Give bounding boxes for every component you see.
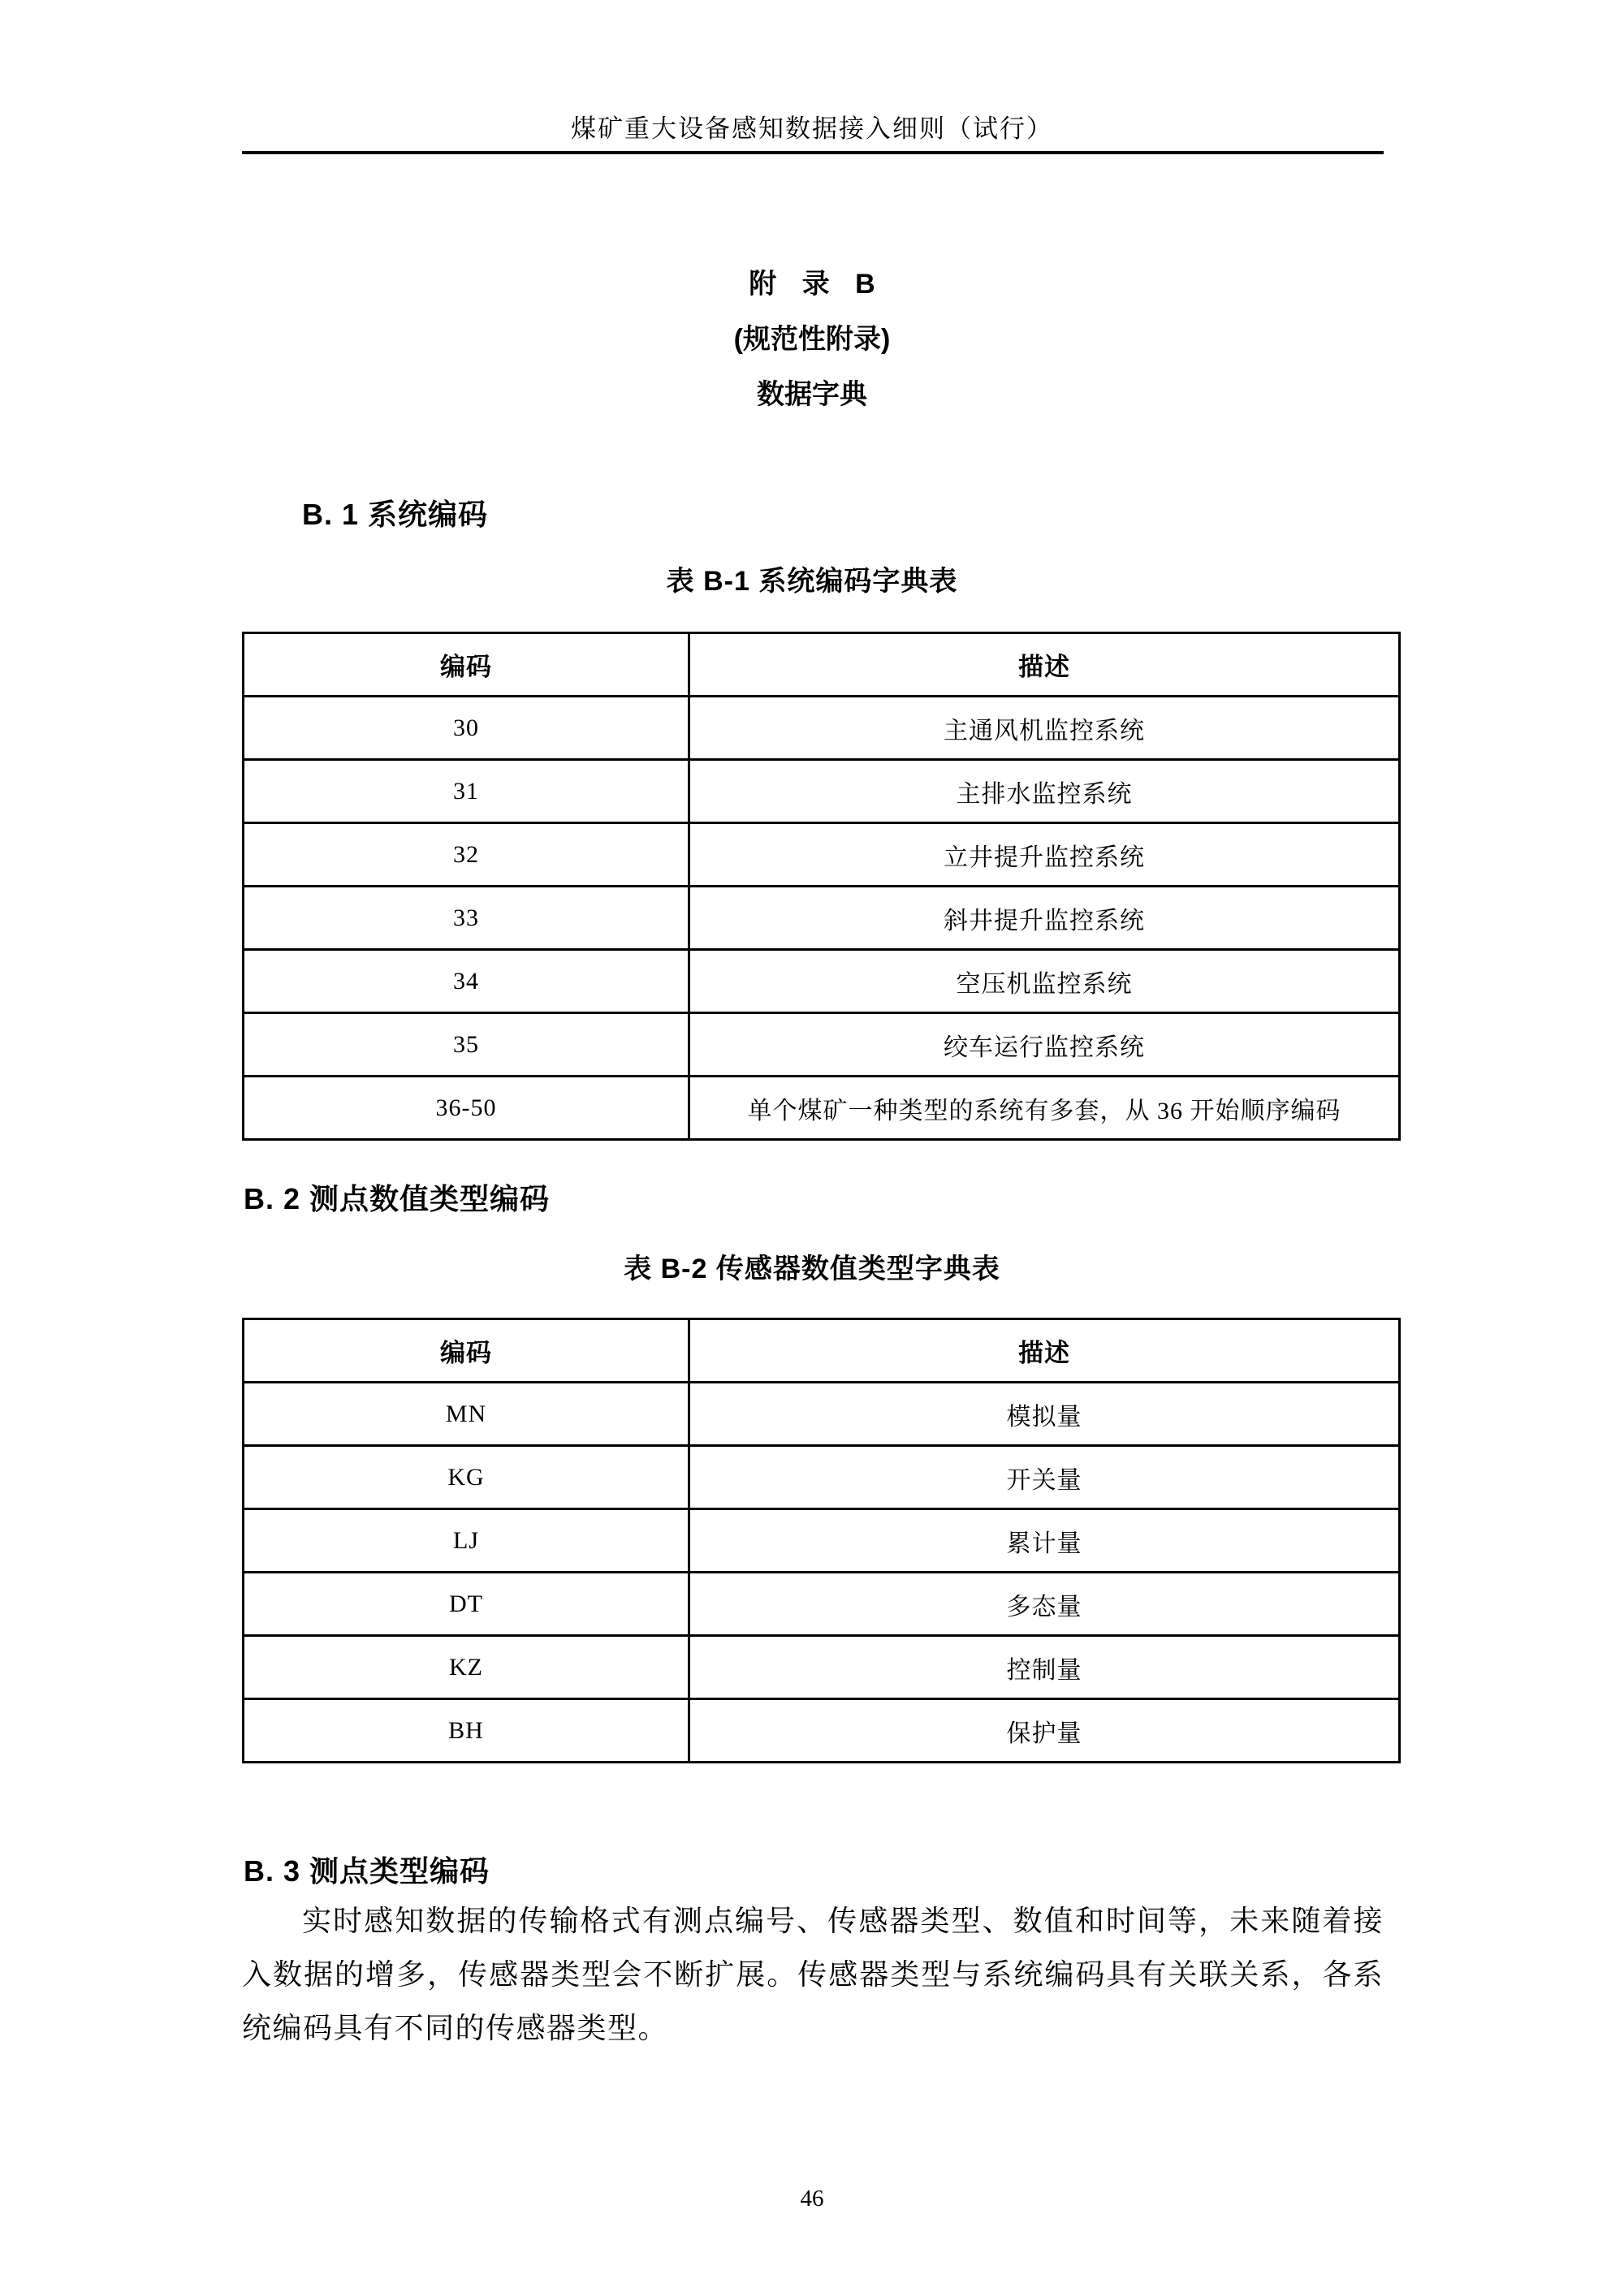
desc-cell: 斜井提升监控系统 — [689, 887, 1400, 950]
table-b1: 编码 描述 30 主通风机监控系统 31 主排水监控系统 32 立井提升监控系统… — [242, 632, 1401, 1141]
code-cell: 32 — [244, 823, 689, 887]
code-cell: MN — [244, 1383, 689, 1446]
desc-cell: 模拟量 — [689, 1383, 1400, 1446]
table-b2: 编码 描述 MN 模拟量 KG 开关量 LJ 累计量 DT 多态量 KZ — [242, 1318, 1401, 1763]
table-b1-header-row: 编码 描述 — [244, 633, 1400, 697]
table-b2-caption: 表 B-2 传感器数值类型字典表 — [0, 1253, 1624, 1285]
appendix-title: 附 录 B — [0, 268, 1624, 300]
table-row: 30 主通风机监控系统 — [244, 697, 1400, 760]
code-cell: 33 — [244, 887, 689, 950]
desc-cell: 保护量 — [689, 1699, 1400, 1763]
table-row: LJ 累计量 — [244, 1509, 1400, 1573]
desc-cell: 单个煤矿一种类型的系统有多套，从 36 开始顺序编码 — [689, 1077, 1400, 1140]
desc-cell: 空压机监控系统 — [689, 950, 1400, 1013]
document-page: 煤矿重大设备感知数据接入细则（试行） 附 录 B (规范性附录) 数据字典 B.… — [0, 0, 1624, 2296]
code-cell: KG — [244, 1446, 689, 1509]
desc-cell: 累计量 — [689, 1509, 1400, 1573]
appendix-doc-title: 数据字典 — [0, 378, 1624, 411]
desc-cell: 多态量 — [689, 1573, 1400, 1636]
table-row: 36-50 单个煤矿一种类型的系统有多套，从 36 开始顺序编码 — [244, 1077, 1400, 1140]
page-number: 46 — [0, 2186, 1624, 2212]
code-cell: BH — [244, 1699, 689, 1763]
desc-cell: 立井提升监控系统 — [689, 823, 1400, 887]
code-cell: 36-50 — [244, 1077, 689, 1140]
section-b1-heading: B. 1 系统编码 — [302, 498, 488, 532]
table-row: 31 主排水监控系统 — [244, 760, 1400, 823]
code-cell: LJ — [244, 1509, 689, 1573]
table-row: 33 斜井提升监控系统 — [244, 887, 1400, 950]
table-row: 35 绞车运行监控系统 — [244, 1013, 1400, 1077]
table-row: KZ 控制量 — [244, 1636, 1400, 1699]
code-cell: 34 — [244, 950, 689, 1013]
table-row: BH 保护量 — [244, 1699, 1400, 1763]
desc-cell: 控制量 — [689, 1636, 1400, 1699]
table-b2-header-row: 编码 描述 — [244, 1319, 1400, 1383]
table-row: KG 开关量 — [244, 1446, 1400, 1509]
desc-cell: 主通风机监控系统 — [689, 697, 1400, 760]
table-row: 32 立井提升监控系统 — [244, 823, 1400, 887]
table-b1-header-code: 编码 — [244, 633, 689, 697]
table-b2-header-code: 编码 — [244, 1319, 689, 1383]
section-b3-paragraph: 实时感知数据的传输格式有测点编号、传感器类型、数值和时间等，未来随着接入数据的增… — [242, 1894, 1384, 2055]
code-cell: 31 — [244, 760, 689, 823]
table-b2-header-desc: 描述 — [689, 1319, 1400, 1383]
table-b1-caption: 表 B-1 系统编码字典表 — [0, 565, 1624, 598]
table-b1-header-desc: 描述 — [689, 633, 1400, 697]
desc-cell: 主排水监控系统 — [689, 760, 1400, 823]
header-rule — [242, 151, 1384, 154]
code-cell: 30 — [244, 697, 689, 760]
desc-cell: 开关量 — [689, 1446, 1400, 1509]
page-header-title: 煤矿重大设备感知数据接入细则（试行） — [0, 114, 1624, 145]
code-cell: DT — [244, 1573, 689, 1636]
table-row: MN 模拟量 — [244, 1383, 1400, 1446]
section-b2-heading: B. 2 测点数值类型编码 — [244, 1182, 550, 1216]
appendix-subtitle: (规范性附录) — [0, 323, 1624, 356]
desc-cell: 绞车运行监控系统 — [689, 1013, 1400, 1077]
code-cell: KZ — [244, 1636, 689, 1699]
section-b3-heading: B. 3 测点类型编码 — [244, 1854, 490, 1888]
table-row: 34 空压机监控系统 — [244, 950, 1400, 1013]
table-row: DT 多态量 — [244, 1573, 1400, 1636]
code-cell: 35 — [244, 1013, 689, 1077]
